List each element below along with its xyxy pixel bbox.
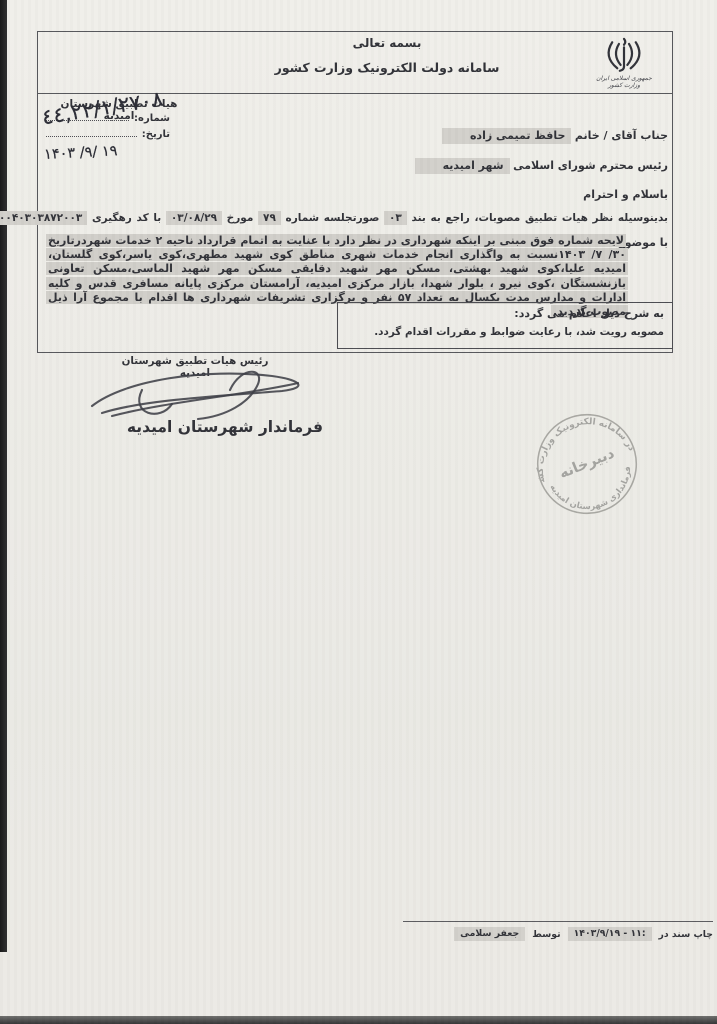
salutation-text: باسلام و احترام (280, 188, 668, 201)
reference-part2: صورتجلسه شماره (286, 212, 380, 224)
recipient-line-1: جناب آقای / خانم حافظ تمیمی زاده (280, 129, 668, 142)
print-datetime: ۱۴۰۳/۹/۱۹ - ۱۱: (568, 927, 652, 941)
decision-text: مصوبه رویت شد، با رعایت ضوابط و مقررات ا… (374, 326, 664, 338)
scan-edge-left (0, 0, 7, 952)
scan-edge-bottom (0, 1016, 717, 1024)
reference-line: بدینوسیله نظر هیات تطبیق مصوبات، راجع به… (34, 212, 668, 224)
reference-part1: بدینوسیله نظر هیات تطبیق مصوبات، راجع به… (412, 212, 669, 224)
ref-date-row: تاریخ: (46, 128, 170, 140)
recipient-name: حافظ تمیمی زاده (442, 128, 571, 144)
recipient-salutation-label: جناب آقای / خانم (575, 129, 668, 142)
session-number: ۷۹ (258, 211, 281, 225)
registry-stamp: ثبت در سامانه الکترونیک وزارت کشور فرمان… (516, 393, 659, 534)
clause-number: ۰۳ (384, 211, 407, 225)
iran-emblem-icon (598, 33, 650, 75)
signatory-position: فرماندار شهرستان امیدیه (115, 418, 335, 436)
emblem-caption-line2: وزارت کشور (586, 82, 662, 89)
emblem-caption-line1: جمهوری اسلامی ایران (586, 75, 662, 82)
decision-box: به شرح ذیل اعلام می گردد: مصوبه رویت شد،… (337, 302, 673, 349)
stamp-center-text: دبیرخانه (557, 446, 617, 483)
print-info-row: چاپ سند در ۱۴۰۳/۹/۱۹ - ۱۱: توسط جعفر سلا… (395, 927, 713, 941)
emblem-caption: جمهوری اسلامی ایران وزارت کشور (586, 75, 662, 89)
recipient-city: شهر امیدیه (415, 158, 510, 174)
session-date: ۰۳/۰۸/۲۹ (166, 211, 222, 225)
print-label: چاپ سند در (659, 929, 713, 940)
ref-number-label: شماره: (134, 113, 170, 124)
recipient-title-label: رئیس محترم شورای اسلامی (513, 159, 668, 172)
print-author: جعفر سلامی (454, 927, 525, 941)
ref-date-label: تاریخ: (142, 129, 170, 140)
decision-intro: به شرح ذیل اعلام می گردد: (514, 307, 664, 320)
reference-part3: مورخ (227, 212, 254, 224)
tracking-code: ۴۰۰۴۰۳۰۳۸۷۲۰۰۳ (0, 211, 87, 225)
footer-rule (403, 921, 713, 922)
ref-date-dotted-line (46, 128, 137, 137)
scanned-letter: بسمه تعالی سامانه دولت الکترونیک وزارت ک… (0, 0, 717, 1024)
reference-part4: با کد رهگیری (92, 212, 161, 224)
print-by-label: توسط (532, 929, 560, 940)
recipient-line-2: رئیس محترم شورای اسلامی شهر امیدیه (280, 159, 668, 172)
